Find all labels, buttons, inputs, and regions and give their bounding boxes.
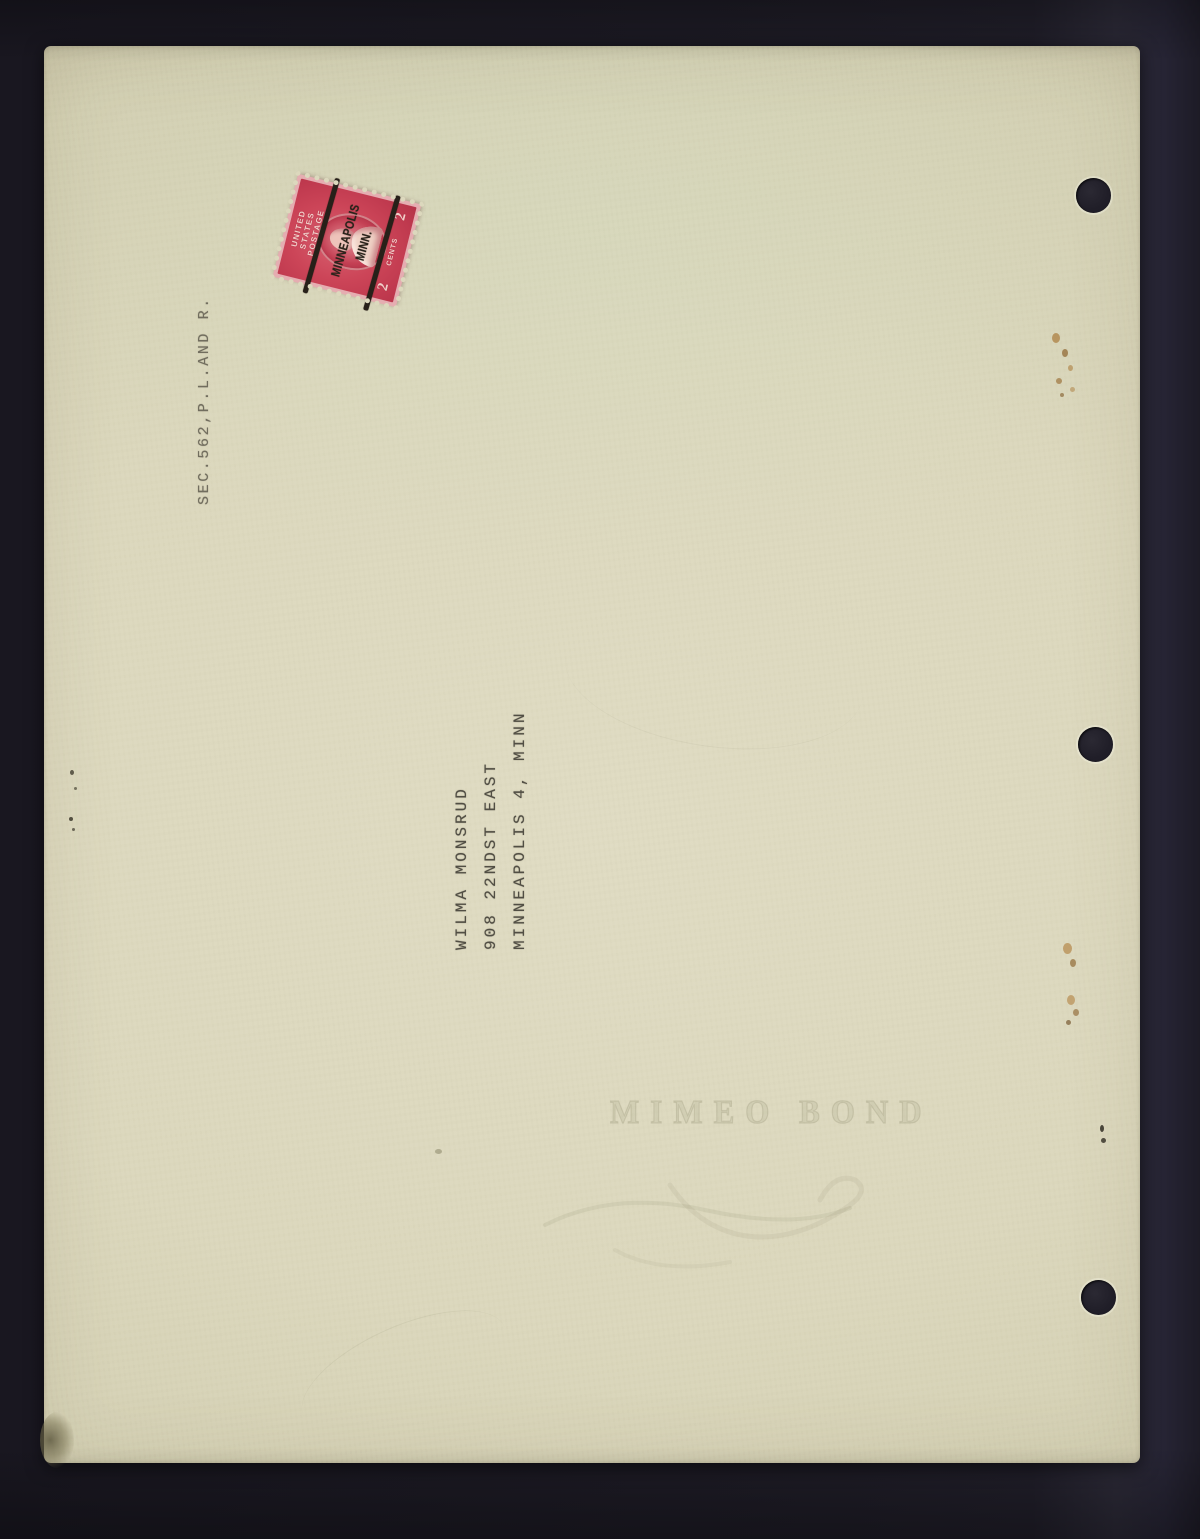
paper-crease — [285, 1285, 523, 1458]
ink-fleck — [69, 817, 73, 821]
postage-stamp: UNITED STATES POSTAGE 2 CENTS 2 MINNEAPO… — [273, 174, 422, 308]
rust-stain — [1070, 959, 1076, 967]
ink-fleck — [74, 787, 77, 790]
paper-watermark-text: MIMEO BOND — [610, 1093, 933, 1132]
ink-fleck — [1100, 1125, 1104, 1132]
rust-stain — [1052, 333, 1060, 343]
rust-stain — [1066, 1020, 1071, 1025]
olive-smudge — [435, 1149, 442, 1154]
punch-hole-top — [1076, 178, 1111, 213]
rust-stain — [1062, 349, 1068, 357]
watermark-flourish — [520, 1130, 980, 1310]
envelope-paper: MIMEO BOND UNITED STATES POSTAGE 2 — [44, 46, 1140, 1463]
punch-hole-bottom — [1081, 1280, 1116, 1315]
rust-stain — [1060, 393, 1064, 397]
edge-stain — [40, 1412, 74, 1468]
paper-crease — [556, 586, 873, 767]
punch-hole-middle — [1078, 727, 1113, 762]
postal-permit-line: SEC.562,P.L.AND R. — [196, 296, 213, 505]
rust-stain — [1068, 365, 1073, 371]
rust-stain — [1073, 1009, 1079, 1016]
rust-stain — [1067, 995, 1075, 1005]
address-name: WILMA MONSRUD — [448, 711, 477, 950]
address-block: WILMA MONSRUD 908 22NDST EAST MINNEAPOLI… — [448, 711, 535, 950]
scanned-page: MIMEO BOND UNITED STATES POSTAGE 2 — [0, 0, 1200, 1539]
precancel-overprint: MINNEAPOLIS MINN. — [271, 172, 422, 309]
address-city: MINNEAPOLIS 4, MINN — [506, 711, 535, 950]
ink-fleck — [70, 770, 74, 775]
ink-fleck — [72, 828, 75, 831]
paper-texture — [44, 46, 1140, 1463]
rust-stain — [1063, 943, 1072, 954]
ink-fleck — [1101, 1138, 1106, 1143]
precancel-state: MINN. — [353, 229, 375, 262]
rust-stain — [1056, 378, 1062, 384]
rust-stain — [1070, 387, 1075, 392]
address-street: 908 22NDST EAST — [477, 711, 506, 950]
